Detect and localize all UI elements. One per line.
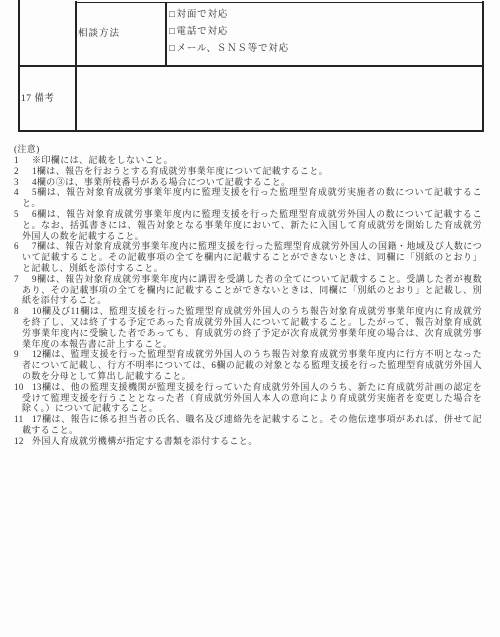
checkbox-label: 対面で対応 (177, 10, 229, 20)
note-item: 34欄の③は、事業所枝番号がある場合について記載すること。 (14, 177, 482, 188)
notes-section: (注意) 1※印欄には、記載をしないこと。 21欄は、報告を行おうとする育成就労… (14, 144, 482, 447)
note-text: 12欄は、監理支援を行った監理型育成就労外国人のうち報告対象育成就労事業年度内に… (22, 349, 482, 381)
checkbox-label: メール、ＳＮＳ等で対応 (177, 44, 289, 54)
note-number: 11 (14, 414, 32, 425)
note-text: 6欄は、報告対象育成就労事業年度内に監理支援を行った監理型育成就労外国人の数につ… (22, 209, 482, 241)
note-number: 2 (14, 166, 32, 177)
checkbox-label: 電話で対応 (177, 27, 229, 37)
note-text: 外国人育成就労機構が指定する書類を添付すること。 (32, 436, 258, 446)
checkbox-option: □メール、ＳＮＳ等で対応 (169, 41, 289, 58)
note-number: 7 (14, 274, 32, 285)
note-text: 5欄は、報告対象育成就労事業年度内に監理支援を行った監理型育成就労実施者の数につ… (22, 187, 482, 208)
checkbox-icon: □ (169, 41, 176, 58)
table-border-bottom (18, 130, 484, 132)
note-number: 9 (14, 349, 32, 360)
note-text: ※印欄には、記載をしないこと。 (32, 155, 173, 165)
note-item: 79欄は、報告対象育成就労事業年度内に講習を受講した者の全てについて記載すること… (14, 274, 482, 306)
table-divider-col2 (165, 2, 167, 67)
consultation-method-options: □対面で対応 □電話で対応 □メール、ＳＮＳ等で対応 (169, 7, 289, 58)
note-text: 13欄は、他の監理支援機関が監理支援を行っていた育成就労外国人のうち、新たに育成… (22, 382, 482, 414)
note-number: 3 (14, 177, 32, 188)
note-item: 810欄及び11欄は、監理支援を行った監理型育成就労外国人のうち報告対象育成就労… (14, 306, 482, 349)
note-number: 5 (14, 209, 32, 220)
notes-heading: (注意) (14, 144, 482, 155)
note-item: 1※印欄には、記載をしないこと。 (14, 155, 482, 166)
scanned-form-page: 相談方法 □対面で対応 □電話で対応 □メール、ＳＮＳ等で対応 17 備考 (注… (0, 0, 500, 637)
note-number: 1 (14, 155, 32, 166)
note-item: 1013欄は、他の監理支援機関が監理支援を行っていた育成就労外国人のうち、新たに… (14, 382, 482, 414)
note-item: 67欄は、報告対象育成就労事業年度内に監理支援を行った監理型育成就労外国人の国籍… (14, 241, 482, 273)
note-item: 912欄は、監理支援を行った監理型育成就労外国人のうち報告対象育成就労事業年度内… (14, 349, 482, 381)
note-text: 17欄は、報告に係る担当者の氏名、職名及び連絡先を記載すること。その他伝達事項が… (22, 414, 482, 435)
checkbox-option: □対面で対応 (169, 7, 289, 24)
note-text: 10欄及び11欄は、監理支援を行った監理型育成就労外国人のうち報告対象育成就労事… (22, 306, 482, 348)
note-number: 4 (14, 187, 32, 198)
note-item: 56欄は、報告対象育成就労事業年度内に監理支援を行った監理型育成就労外国人の数に… (14, 209, 482, 241)
note-item: 21欄は、報告を行おうとする育成就労事業年度について記載すること。 (14, 166, 482, 177)
table-border-top (75, 2, 484, 4)
table-row-divider (18, 65, 484, 67)
checkbox-icon: □ (169, 24, 176, 41)
note-number: 10 (14, 382, 32, 393)
remarks-label: 17 備考 (21, 90, 54, 104)
note-text: 4欄の③は、事業所枝番号がある場合について記載すること。 (32, 177, 291, 187)
note-item: 1117欄は、報告に係る担当者の氏名、職名及び連絡先を記載すること。その他伝達事… (14, 414, 482, 436)
note-text: 1欄は、報告を行おうとする育成就労事業年度について記載すること。 (32, 166, 328, 176)
consultation-method-label: 相談方法 (78, 25, 120, 39)
note-number: 8 (14, 306, 32, 317)
note-text: 7欄は、報告対象育成就労事業年度内に監理支援を行った監理型育成就労外国人の国籍・… (22, 241, 482, 273)
note-item: 45欄は、報告対象育成就労事業年度内に監理支援を行った監理型育成就労実施者の数に… (14, 187, 482, 209)
note-number: 6 (14, 241, 32, 252)
form-table: 相談方法 □対面で対応 □電話で対応 □メール、ＳＮＳ等で対応 17 備考 (18, 0, 484, 132)
checkbox-icon: □ (169, 7, 176, 24)
note-item: 12外国人育成就労機構が指定する書類を添付すること。 (14, 436, 482, 447)
checkbox-option: □電話で対応 (169, 24, 289, 41)
note-number: 12 (14, 436, 32, 447)
note-text: 9欄は、報告対象育成就労事業年度内に講習を受講した者の全てについて記載すること。… (22, 274, 482, 306)
